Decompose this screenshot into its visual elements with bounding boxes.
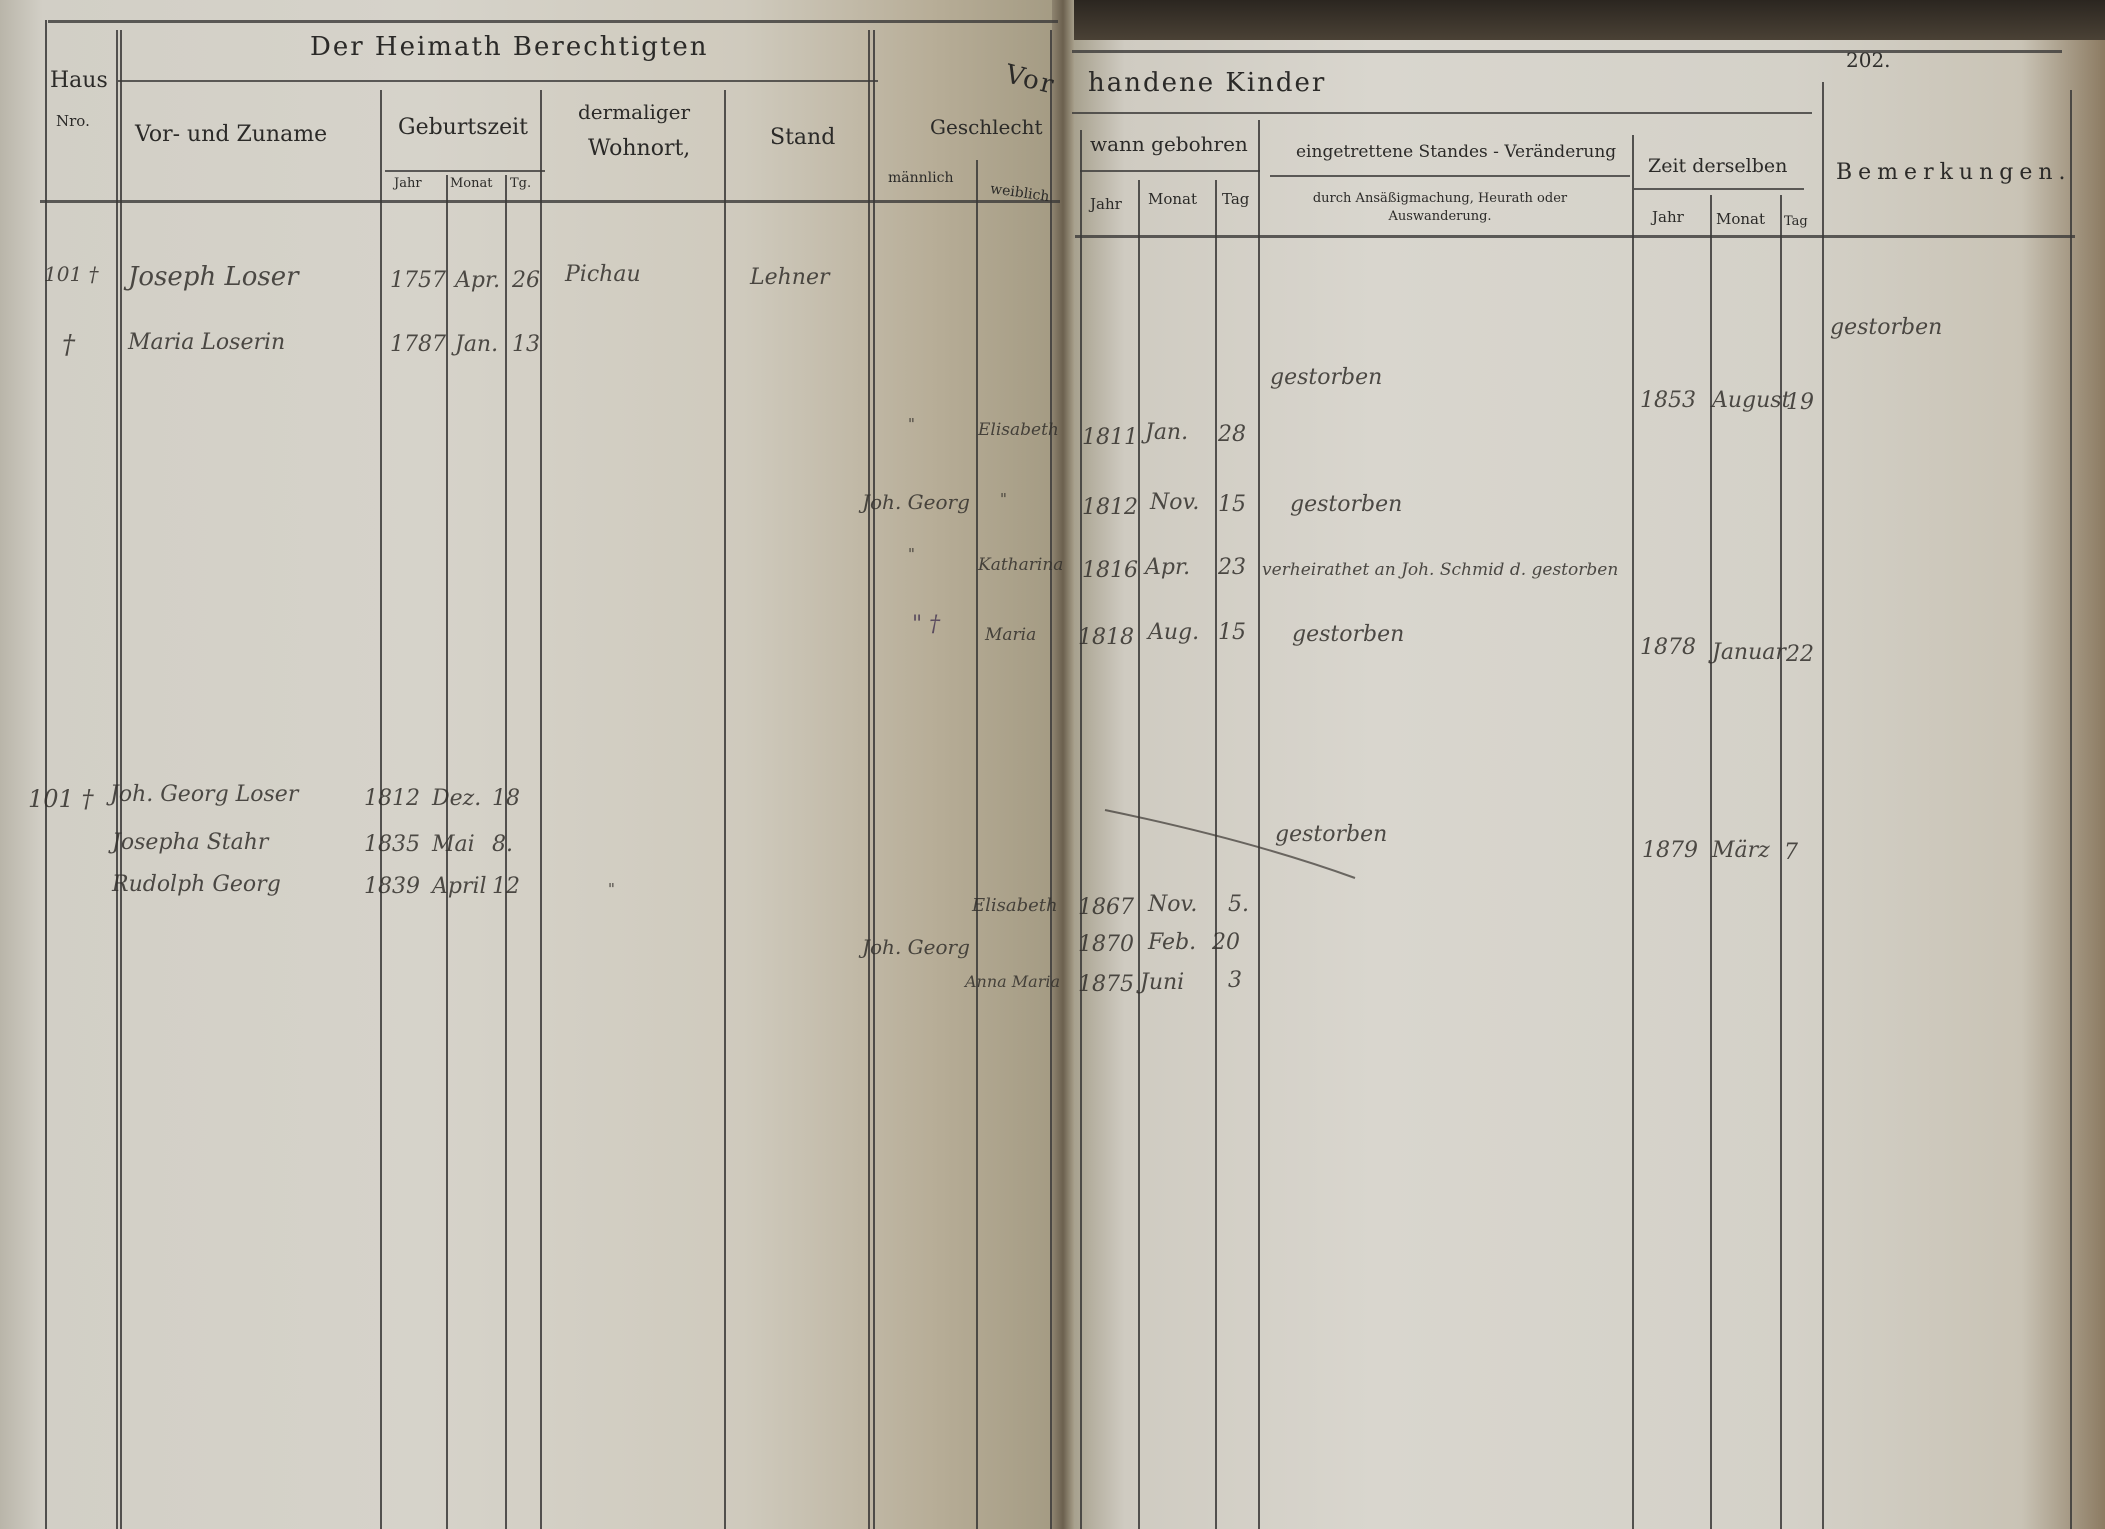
header-haus: Haus bbox=[50, 68, 108, 93]
header-veraenderung: eingetrettene Standes - Veränderung bbox=[1296, 142, 1616, 162]
entry-2-person-1-name: Joh. Georg Loser bbox=[110, 782, 298, 807]
header-nro: Nro. bbox=[56, 112, 90, 130]
entry-1-person-1-tag: 26 bbox=[512, 268, 540, 293]
entry-2-person-2-tag: 8. bbox=[492, 832, 513, 857]
entry-2-haus-nro: 101 † bbox=[28, 785, 93, 813]
entry-1-child-4-v-jahr: 1878 bbox=[1640, 635, 1696, 660]
entry-1-person-1-monat: Apr. bbox=[455, 268, 500, 293]
col-line bbox=[116, 30, 118, 1529]
strike-line bbox=[1100, 800, 1380, 880]
header-kind-tag: Tag bbox=[1222, 190, 1249, 208]
col-line bbox=[724, 90, 726, 1529]
entry-1-child-3-veraenderung: verheirathet an Joh. Schmid d. gestorben bbox=[1262, 560, 1618, 580]
col-line bbox=[540, 90, 542, 1529]
entry-1-child-2-name-m: Joh. Georg bbox=[862, 490, 970, 514]
entry-1-veraenderung: gestorben bbox=[1270, 365, 1382, 390]
entry-1-child-3-name-f: Katharina bbox=[978, 555, 1063, 575]
entry-1-v-jahr: 1853 bbox=[1640, 388, 1696, 413]
entry-1-child-1-jahr: 1811 bbox=[1082, 425, 1138, 450]
entry-1-child-2-sex-m: " bbox=[1000, 490, 1007, 508]
header-wohnort-1: dermaliger bbox=[578, 100, 690, 124]
header-maennlich: männlich bbox=[888, 170, 953, 186]
entry-1-wohnort: Pichau bbox=[565, 262, 641, 287]
header-kind-monat: Monat bbox=[1148, 190, 1197, 208]
col-line bbox=[976, 160, 978, 1529]
entry-2-child-1-jahr: 1867 bbox=[1078, 895, 1134, 920]
header-wohnort-2: Wohnort, bbox=[588, 136, 690, 161]
header-geb-jahr: Jahr bbox=[394, 176, 422, 191]
entry-1-child-1-monat: Jan. bbox=[1145, 420, 1188, 445]
header-vorhandene-kinder: handene Kinder bbox=[1088, 68, 1326, 98]
entry-1-child-1-tag: 28 bbox=[1218, 422, 1246, 447]
entry-1-child-4-name-f: Maria bbox=[985, 625, 1036, 645]
entry-2-person-2-monat: Mai bbox=[432, 832, 475, 857]
entry-2-person-2-name: Josepha Stahr bbox=[112, 830, 268, 855]
header-zeit-jahr: Jahr bbox=[1652, 208, 1684, 226]
entry-1-haus-nro: 101 † bbox=[44, 262, 99, 286]
header-zeit-monat: Monat bbox=[1716, 210, 1765, 228]
rule-wann bbox=[1080, 170, 1260, 172]
entry-1-person-1-name: Joseph Loser bbox=[128, 262, 299, 292]
rule-top bbox=[1072, 50, 2062, 53]
rule-geburtszeit bbox=[385, 170, 545, 172]
entry-1-child-3-tag: 23 bbox=[1218, 555, 1246, 580]
entry-2-child-3-monat: Juni bbox=[1140, 970, 1184, 995]
header-kind-jahr: Jahr bbox=[1090, 195, 1122, 213]
entry-2-child-3-name-f: Anna Maria bbox=[965, 972, 1060, 991]
rule-subheader bbox=[1072, 112, 1812, 114]
rule-header-bottom bbox=[1075, 235, 2075, 238]
col-line bbox=[873, 30, 875, 1529]
left-page bbox=[0, 0, 1062, 1529]
rule-zeit bbox=[1634, 188, 1804, 190]
rule-header-bottom bbox=[40, 200, 1060, 203]
entry-2-person-3-name: Rudolph Georg bbox=[112, 872, 281, 897]
entry-2-child-2-name-m: Joh. Georg bbox=[862, 935, 970, 959]
header-geb-tag: Tg. bbox=[510, 176, 531, 191]
entry-1-child-4-jahr: 1818 bbox=[1078, 625, 1134, 650]
entry-1-person-2-monat: Jan. bbox=[455, 332, 498, 357]
entry-1-child-4-v-monat: Januar bbox=[1712, 640, 1786, 665]
col-line bbox=[1632, 135, 1634, 1529]
entry-1-child-3-jahr: 1816 bbox=[1082, 558, 1138, 583]
col-line bbox=[868, 30, 870, 1529]
header-geschlecht: Geschlecht bbox=[930, 115, 1043, 139]
entry-2-child-2-tag: 20 bbox=[1212, 930, 1240, 955]
header-bemerkungen: Bemerkungen. bbox=[1836, 160, 2072, 185]
header-geburtszeit: Geburtszeit bbox=[398, 115, 528, 140]
entry-1-person-2-mark: † bbox=[62, 330, 75, 360]
entry-1-child-3-monat: Apr. bbox=[1145, 555, 1190, 580]
header-zeit-derselben: Zeit derselben bbox=[1648, 155, 1787, 177]
entry-1-child-4-v-tag: 22 bbox=[1786, 642, 1814, 667]
header-veraenderung-sub: durch Ansäßigmachung, Heurath oder Auswa… bbox=[1290, 190, 1590, 226]
entry-1-child-2-monat: Nov. bbox=[1150, 490, 1199, 515]
entry-2-v-tag: 7 bbox=[1784, 840, 1798, 865]
entry-2-person-2-wohnort: " bbox=[608, 880, 615, 898]
col-line bbox=[2070, 90, 2072, 1529]
right-page bbox=[1062, 0, 2105, 1529]
entry-2-person-2-jahr: 1835 bbox=[364, 832, 420, 857]
entry-2-child-1-name-f: Elisabeth bbox=[972, 895, 1058, 916]
entry-1-child-4-monat: Aug. bbox=[1148, 620, 1199, 645]
rule-subheader bbox=[118, 80, 878, 82]
entry-2-v-jahr: 1879 bbox=[1642, 838, 1698, 863]
entry-1-stand: Lehner bbox=[750, 265, 830, 290]
entry-1-child-1-sex-m: " bbox=[908, 415, 915, 433]
rule-top bbox=[48, 20, 1058, 23]
col-line bbox=[1822, 82, 1824, 1529]
entry-1-v-monat: August bbox=[1712, 388, 1790, 413]
entry-2-child-1-monat: Nov. bbox=[1148, 892, 1197, 917]
entry-2-person-3-monat: April bbox=[432, 874, 487, 899]
entry-1-person-2-name: Maria Loserin bbox=[128, 330, 285, 355]
col-line bbox=[120, 30, 122, 1529]
entry-2-v-monat: März bbox=[1712, 838, 1770, 863]
header-wann-geboren: wann gebohren bbox=[1090, 132, 1248, 156]
header-heimath-berechtigten: Der Heimath Berechtigten bbox=[310, 32, 709, 62]
entry-1-child-1-name-f: Elisabeth bbox=[978, 420, 1059, 440]
entry-2-child-1-tag: 5. bbox=[1228, 892, 1249, 917]
entry-2-child-3-jahr: 1875 bbox=[1078, 972, 1134, 997]
header-stand: Stand bbox=[770, 125, 835, 150]
entry-1-person-1-jahr: 1757 bbox=[390, 268, 446, 293]
entry-1-child-4-veraenderung: gestorben bbox=[1292, 622, 1404, 647]
entry-2-child-3-tag: 3 bbox=[1228, 968, 1242, 993]
entry-2-person-3-jahr: 1839 bbox=[364, 874, 420, 899]
entry-1-bemerkung: gestorben bbox=[1830, 315, 1942, 340]
entry-1-child-4-sex-m: " † bbox=[912, 612, 940, 637]
entry-1-v-tag: 19 bbox=[1786, 390, 1814, 415]
header-geb-monat: Monat bbox=[450, 176, 493, 191]
background-shadow bbox=[1062, 0, 2105, 40]
header-zeit-tag: Tag bbox=[1784, 214, 1808, 229]
book-gutter bbox=[1052, 0, 1074, 1529]
entry-1-person-2-jahr: 1787 bbox=[390, 332, 446, 357]
entry-2-person-3-tag: 12 bbox=[492, 874, 520, 899]
entry-1-child-4-tag: 15 bbox=[1218, 620, 1246, 645]
rule-veraenderung bbox=[1270, 175, 1630, 177]
entry-1-child-2-veraenderung: gestorben bbox=[1290, 492, 1402, 517]
entry-2-child-2-monat: Feb. bbox=[1148, 930, 1196, 955]
entry-2-child-2-jahr: 1870 bbox=[1078, 932, 1134, 957]
col-line bbox=[45, 20, 47, 1529]
entry-2-person-1-jahr: 1812 bbox=[364, 786, 420, 811]
entry-1-person-2-tag: 13 bbox=[512, 332, 540, 357]
entry-2-person-1-monat: Dez. bbox=[432, 786, 481, 811]
entry-1-child-2-tag: 15 bbox=[1218, 492, 1246, 517]
col-line bbox=[1080, 130, 1082, 1529]
header-name: Vor- und Zuname bbox=[135, 122, 327, 147]
col-line bbox=[1050, 30, 1052, 1529]
entry-1-child-2-jahr: 1812 bbox=[1082, 495, 1138, 520]
entry-1-child-3-sex-m: " bbox=[908, 545, 915, 563]
entry-2-person-1-tag: 18 bbox=[492, 786, 520, 811]
